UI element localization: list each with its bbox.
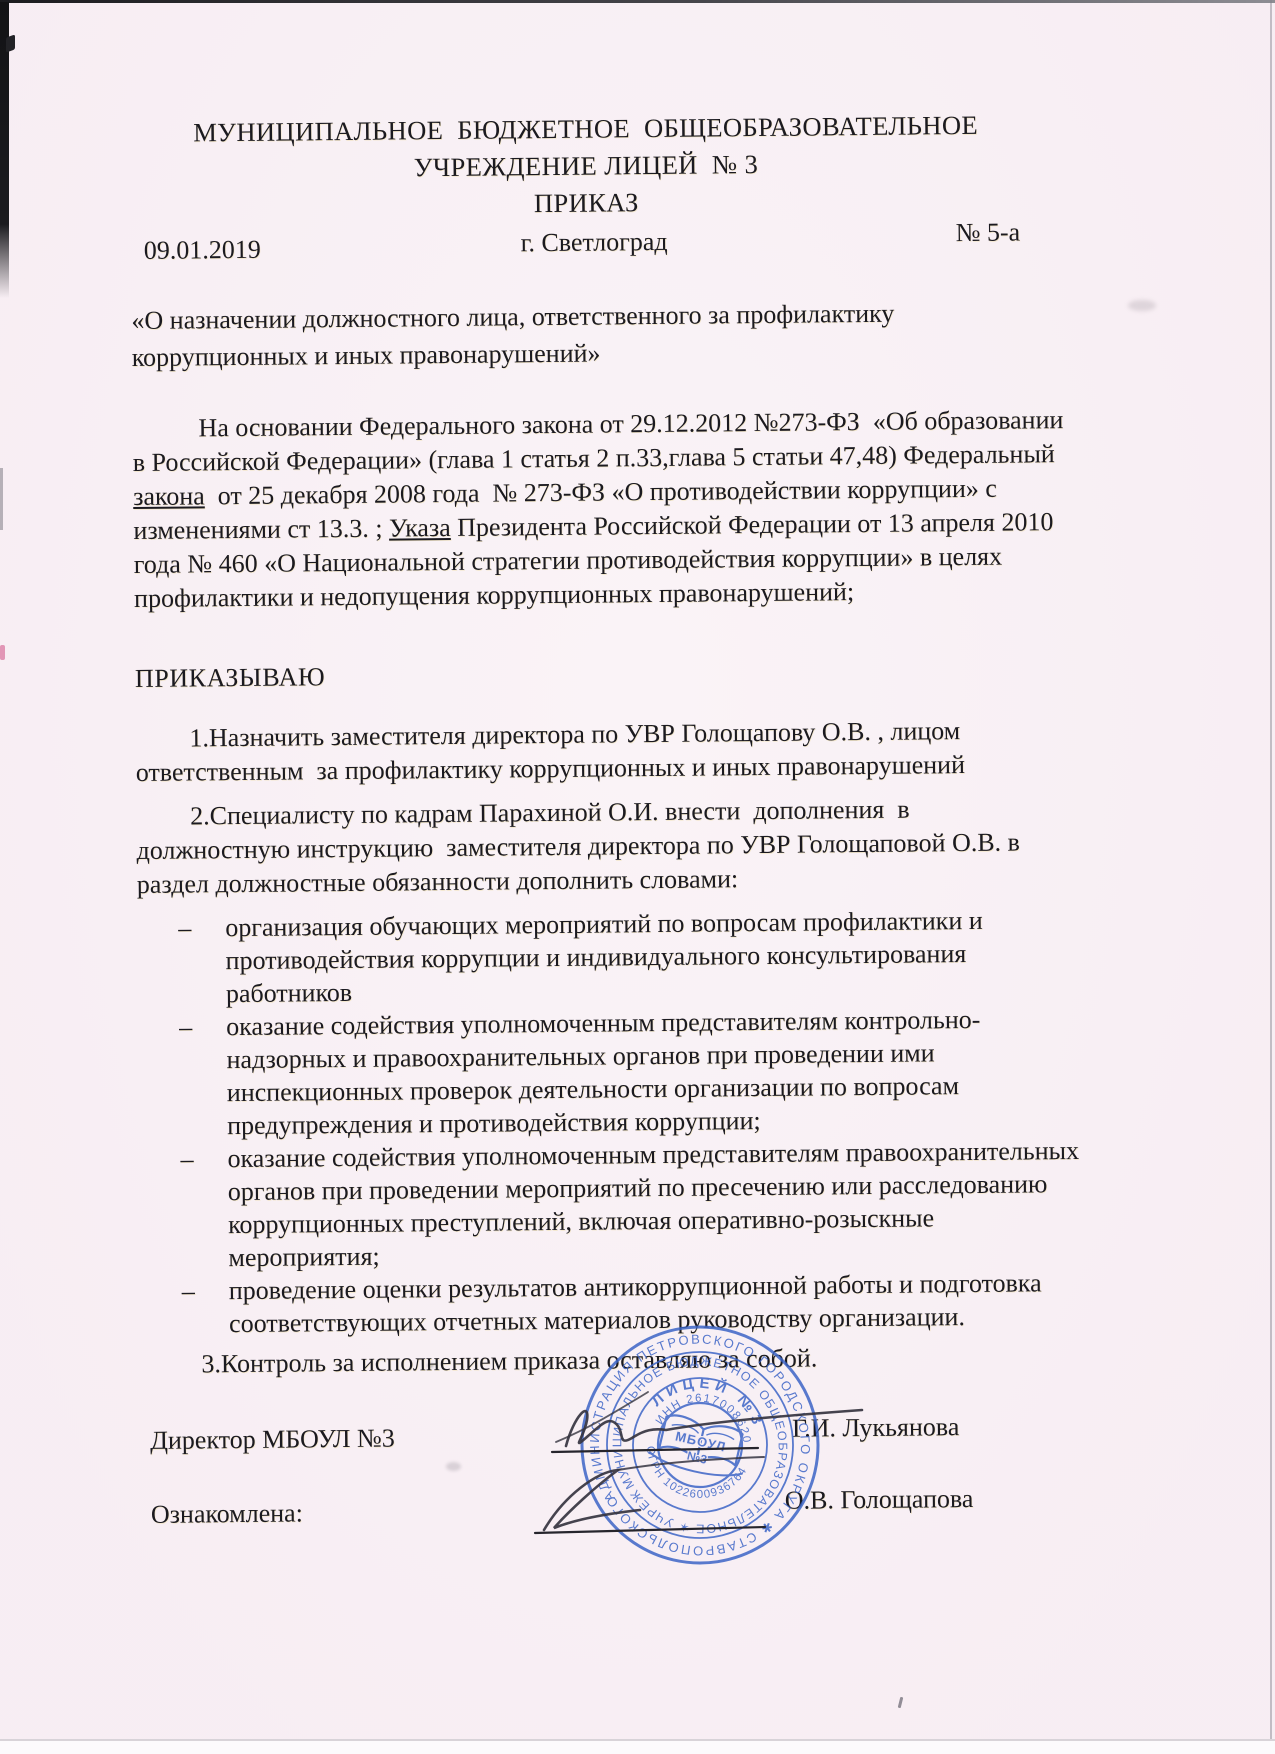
doc-date: 09.01.2019 <box>144 233 261 268</box>
doc-number: № 5-а <box>955 215 1020 250</box>
signature-line-acknowledged <box>535 1527 765 1533</box>
list-item: – оказание содействия уполномоченным пре… <box>138 1001 1144 1143</box>
bullet-dash: – <box>178 911 191 944</box>
bullet-dash: – <box>180 1142 193 1175</box>
order-item-2: 2.Специалисту по кадрам Парахиной О.И. в… <box>136 790 1142 902</box>
list-item: – оказание содействия уполномоченным пре… <box>139 1133 1145 1275</box>
scan-artifact-right-edge <box>1270 0 1272 1754</box>
text-run: На основании Федерального закона от 29.1… <box>133 405 1064 477</box>
signature-acknowledged <box>544 1470 640 1530</box>
preamble-paragraph: На основании Федерального закона от 29.1… <box>132 402 1139 616</box>
duties-list: – организация обучающих мероприятий по в… <box>137 902 1146 1341</box>
bullet-dash: – <box>182 1274 195 1307</box>
underlined-run: закона <box>133 481 205 511</box>
handwritten-signatures <box>520 1370 920 1560</box>
doc-city: г. Светлоград <box>521 225 668 260</box>
duty-text: оказание содействия уполномоченным предс… <box>226 1005 980 1140</box>
duty-text: организация обучающих мероприятий по воп… <box>225 906 983 1008</box>
order-item-1: 1.Назначить заместителя директора по УВР… <box>135 712 1141 790</box>
scan-artifact-left-line <box>0 468 3 530</box>
underlined-run: Указа <box>389 513 451 543</box>
scan-artifact-top-edge <box>0 0 1275 3</box>
signature-role: Ознакомлена: <box>151 1496 303 1531</box>
scanned-order-page: МУНИЦИПАЛЬНОЕ БЮДЖЕТНОЕ ОБЩЕОБРАЗОВАТЕЛЬ… <box>0 0 1275 1754</box>
doc-subject: «О назначении должностного лица, ответст… <box>131 294 1016 376</box>
document-header: МУНИЦИПАЛЬНОЕ БЮДЖЕТНОЕ ОБЩЕОБРАЗОВАТЕЛЬ… <box>129 91 1042 226</box>
date-row: 09.01.2019 г. Светлоград № 5-а <box>131 224 1136 268</box>
signature-role: Директор МБОУЛ №3 <box>150 1422 395 1458</box>
signature-acknowledged-tail <box>618 1457 764 1470</box>
scan-artifact-left-notch <box>6 34 15 52</box>
scan-artifact-tick <box>898 1697 904 1708</box>
signature-line-director <box>552 1448 758 1452</box>
scan-artifact-pink-mark <box>0 645 5 660</box>
list-item: – организация обучающих мероприятий по в… <box>137 902 1143 1011</box>
order-word: ПРИКАЗЫВАЮ <box>135 652 1140 696</box>
doc-type-title: ПРИКАЗ <box>130 180 1042 226</box>
scan-artifact-bottom-strip <box>0 1739 1275 1754</box>
bullet-dash: – <box>179 1010 192 1043</box>
duty-text: оказание содействия уполномоченным предс… <box>227 1136 1079 1272</box>
